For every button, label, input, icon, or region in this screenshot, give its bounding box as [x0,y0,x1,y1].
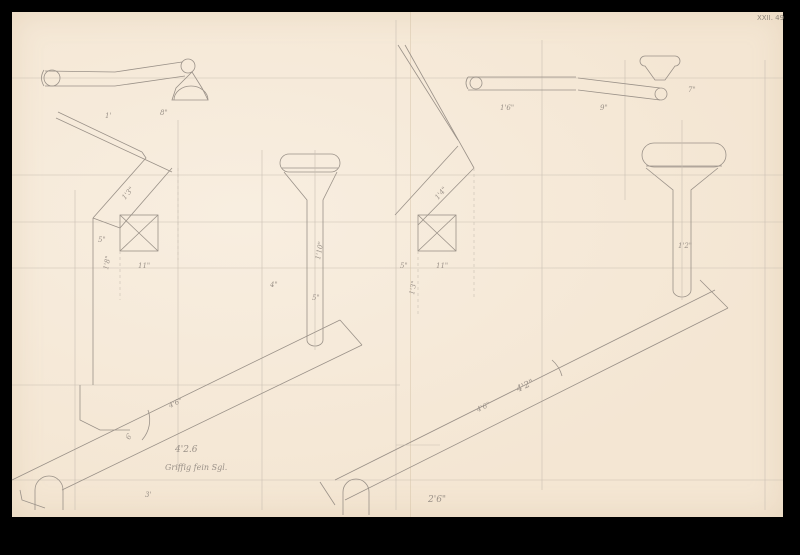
svg-text:11": 11" [436,262,448,270]
svg-text:8": 8" [160,109,168,117]
svg-text:11": 11" [138,262,150,270]
svg-text:1'6": 1'6" [500,104,514,112]
svg-text:7": 7" [688,86,696,94]
svg-text:1'4": 1'4" [433,185,448,201]
svg-text:4'6": 4'6" [167,397,184,411]
left-elbow: 1'3" 5" 1'8" 11" [56,112,178,385]
left-chute: 4'6" 6' 3' 4'2.6 Griffig fein Sgl. [12,320,362,510]
right-funnel: 1'2" [642,120,726,300]
svg-text:1'2": 1'2" [678,242,692,250]
left-top-view: 8" 1' [42,59,209,120]
svg-text:2'6": 2'6" [427,495,446,505]
left-funnel: 4" 1'10" 5" [269,150,340,350]
svg-text:3': 3' [145,491,151,499]
right-elbow: 1'4" 5" 1'3" 11" [395,45,474,315]
svg-text:1': 1' [105,112,111,120]
right-top-view: 1'6" 9" 7" [466,56,696,112]
svg-text:4": 4" [269,281,278,289]
svg-text:1'3": 1'3" [408,280,418,295]
svg-text:5": 5" [98,236,106,244]
technical-drawing: 8" 1' 1'3" 5" 1'8" 11" 4" 1'10" 5" [0,0,800,555]
svg-text:1'10": 1'10" [314,241,325,261]
svg-text:9": 9" [600,104,608,112]
inscription-number: 4'2.6 [174,445,198,455]
svg-text:5": 5" [312,294,320,302]
svg-text:4'6": 4'6" [475,401,492,415]
svg-text:6': 6' [124,432,134,441]
svg-text:4'2": 4'2" [514,378,536,395]
inscription-text: Griffig fein Sgl. [165,463,227,472]
svg-text:1'3": 1'3" [120,185,135,201]
svg-text:5": 5" [400,262,408,270]
